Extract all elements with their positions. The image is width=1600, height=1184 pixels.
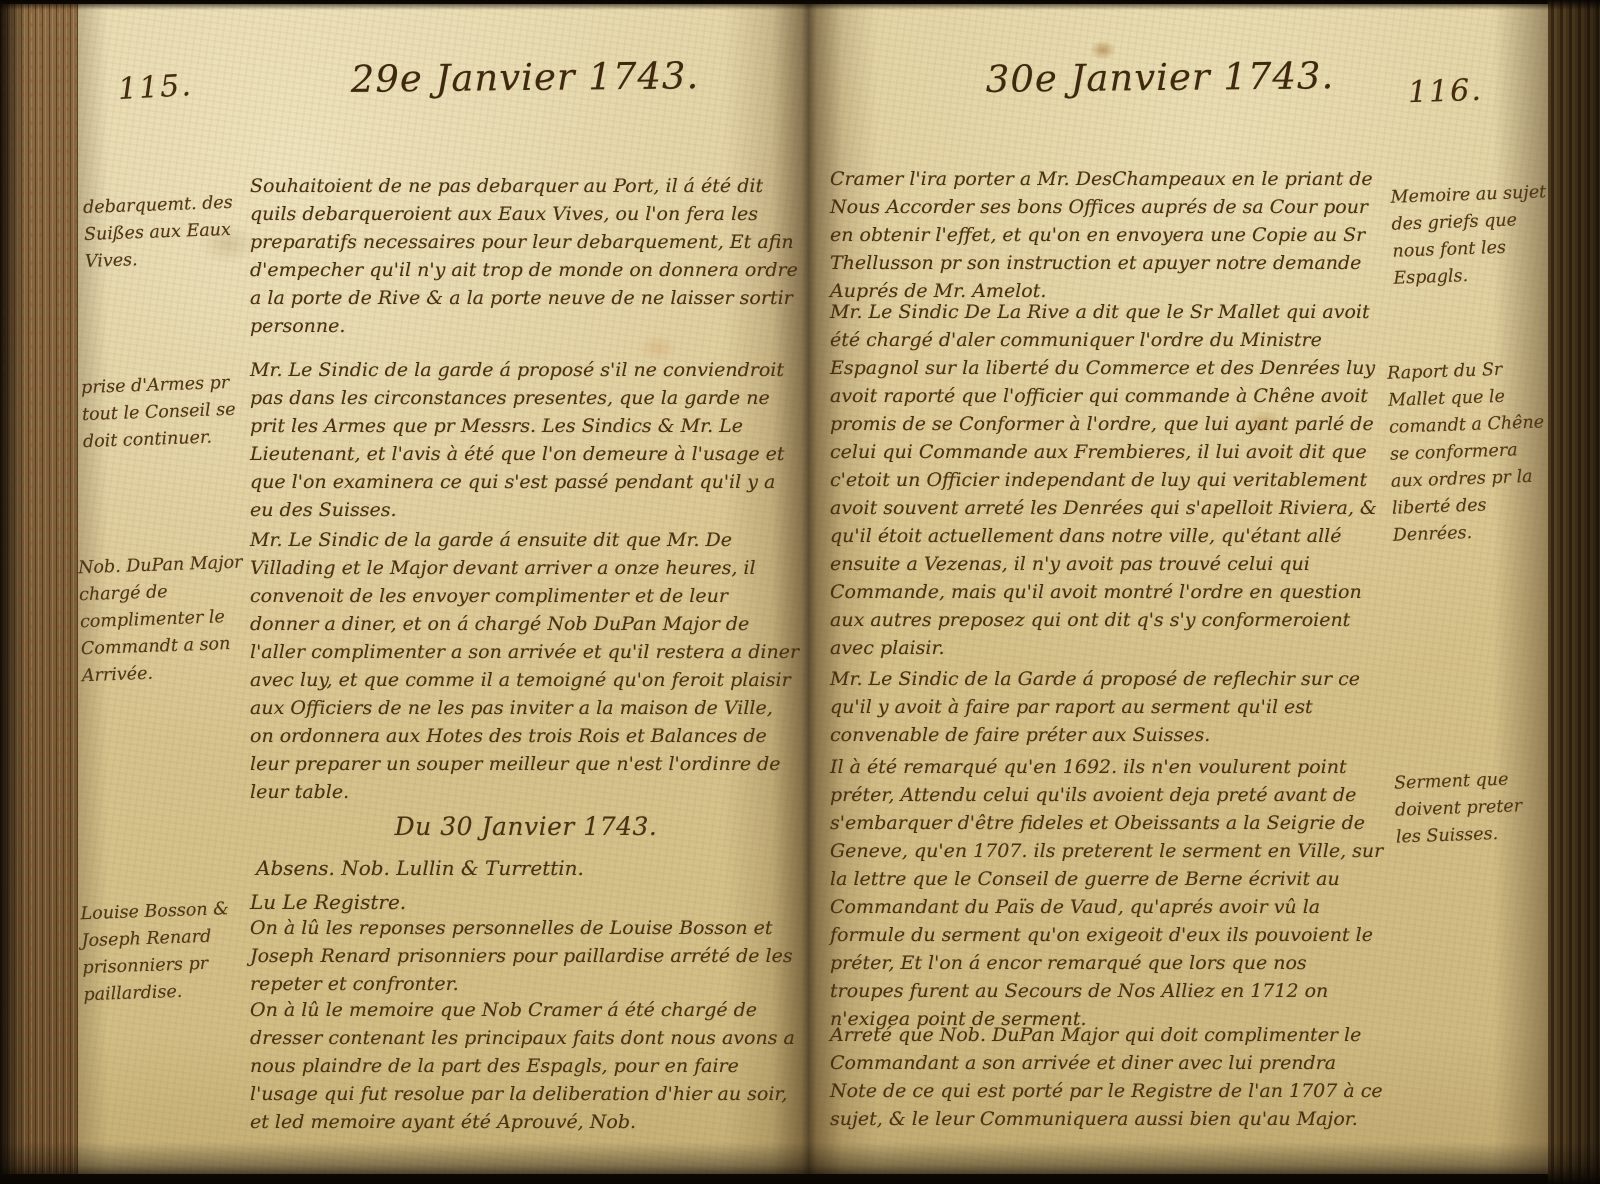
left-page-number: 115. xyxy=(117,68,194,107)
right-page-number: 116. xyxy=(1407,73,1483,111)
paragraph: Mr. Le Sindic de la Garde á proposé de r… xyxy=(830,665,1386,749)
section-date-heading: Du 30 Janvier 1743. xyxy=(250,812,802,841)
absents-line: Absens. Nob. Lullin & Turrettin. xyxy=(256,856,584,880)
paragraph: Il à été remarqué qu'en 1692. ils n'en v… xyxy=(830,753,1386,1033)
left-page-date-header: 29e Janvier 1743. xyxy=(330,54,720,101)
paragraph: Arreté que Nob. DuPan Major qui doit com… xyxy=(830,1021,1386,1133)
paragraph: Souhaitoient de ne pas debarquer au Port… xyxy=(250,172,802,340)
margin-note: Louise Bosson & Joseph Renard prisonnier… xyxy=(80,895,270,1009)
paragraph: On à lû les reponses personnelles de Lou… xyxy=(250,914,802,998)
margin-note: Nob. DuPan Major chargé de complimenter … xyxy=(78,549,269,690)
paragraph: On à lû le memoire que Nob Cramer á été … xyxy=(250,996,802,1136)
book-page-edges xyxy=(0,4,80,1174)
margin-note: debarquemt. des Suißes aux Eaux Vives. xyxy=(83,189,258,276)
book-binding xyxy=(1548,0,1600,1184)
paragraph: Cramer l'ira porter a Mr. DesChampeaux e… xyxy=(830,165,1386,305)
margin-note: Serment que doivent preter les Suisses. xyxy=(1394,765,1547,851)
paragraph: Mr. Le Sindic De La Rive a dit que le Sr… xyxy=(830,298,1386,662)
paragraph: Mr. Le Sindic de la garde á proposé s'il… xyxy=(250,356,802,524)
registre-line: Lu Le Registre. xyxy=(250,890,406,914)
margin-note: Raport du Sr Mallet que le comandt a Chê… xyxy=(1387,355,1551,549)
margin-note: prise d'Armes pr tout le Conseil se doit… xyxy=(81,369,262,456)
right-page-date-header: 30e Janvier 1743. xyxy=(950,54,1370,101)
margin-note: Memoire au sujet des griefs que nous fon… xyxy=(1390,179,1550,292)
right-page-body: Cramer l'ira porter a Mr. DesChampeaux e… xyxy=(830,165,1386,1155)
left-page-body: Souhaitoient de ne pas debarquer au Port… xyxy=(250,172,802,1152)
manuscript-photo: 115. 29e Janvier 1743. debarquemt. des S… xyxy=(0,0,1600,1184)
paragraph: Mr. Le Sindic de la garde á ensuite dit … xyxy=(250,526,802,806)
